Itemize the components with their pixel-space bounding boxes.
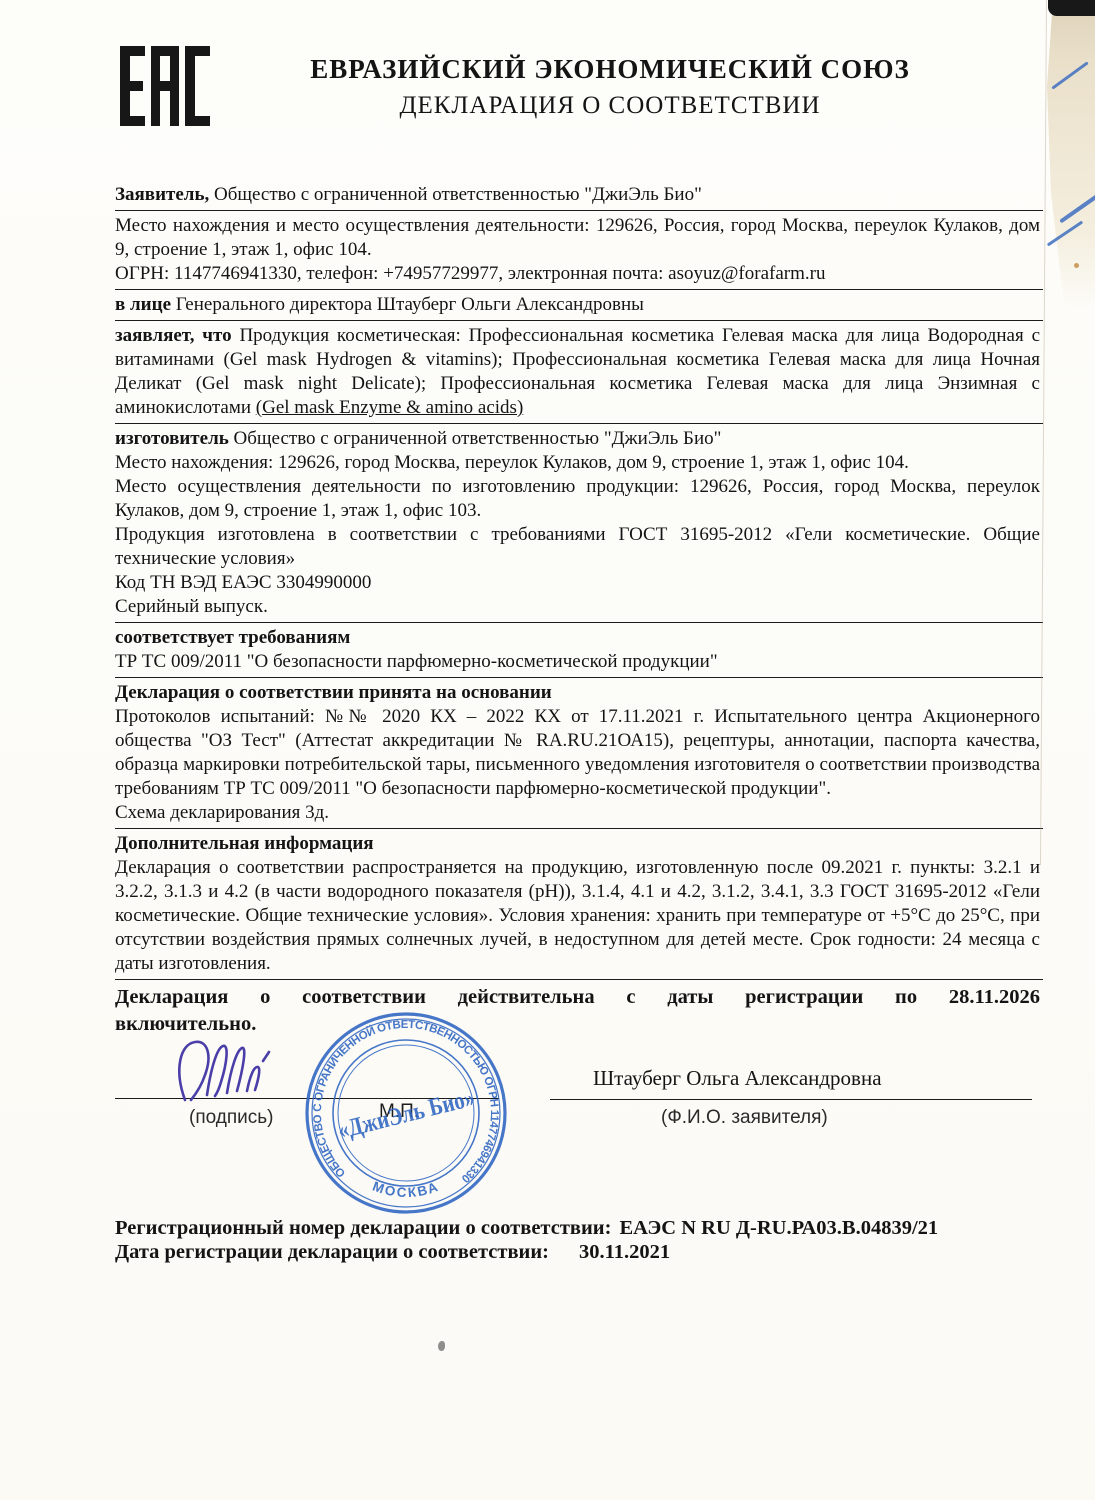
registration-number-label: Регистрационный номер декларации о соотв… xyxy=(115,1217,611,1239)
registration-number: ЕАЭС N RU Д-RU.РА03.В.04839/21 xyxy=(619,1217,938,1239)
divider xyxy=(115,979,1043,980)
eac-logo xyxy=(120,46,210,131)
union-title: ЕВРАЗИЙСКИЙ ЭКОНОМИЧЕСКИЙ СОЮЗ xyxy=(270,52,950,86)
signature-block: М.П. ОБЩЕСТВО С ОГРАНИЧЕННОЙ ОТВЕТСТВЕНН… xyxy=(115,1040,1040,1216)
compliance-heading: соответствует требованиям xyxy=(115,626,1040,650)
manufacturer-line: изготовитель Общество с ограниченной отв… xyxy=(115,427,1040,451)
declares-paragraph: заявляет, что Продукция косметическая: П… xyxy=(115,324,1040,420)
divider xyxy=(115,828,1043,829)
divider xyxy=(115,320,1043,321)
document-page: ЕВРАЗИЙСКИЙ ЭКОНОМИЧЕСКИЙ СОЮЗ ДЕКЛАРАЦИ… xyxy=(0,0,1095,1500)
divider xyxy=(115,423,1043,424)
scan-speck xyxy=(438,1341,445,1351)
document-header: ЕВРАЗИЙСКИЙ ЭКОНОМИЧЕСКИЙ СОЮЗ ДЕКЛАРАЦИ… xyxy=(270,52,950,122)
manufacturer-serial: Серийный выпуск. xyxy=(115,595,1040,619)
applicant-line: Заявитель, Общество с ограниченной ответ… xyxy=(115,183,1040,207)
manufacturer-label: изготовитель xyxy=(115,428,229,449)
divider xyxy=(115,289,1043,290)
divider xyxy=(115,677,1043,678)
registration-date-label: Дата регистрации декларации о соответств… xyxy=(115,1241,549,1263)
validity-statement: Декларация о соответствии действительна … xyxy=(115,984,1040,1038)
scan-edge-artifact xyxy=(1046,0,1095,310)
declarant-name: Штауберг Ольга Александровна xyxy=(593,1066,882,1090)
manufacturer-activity: Место осуществления деятельности по изго… xyxy=(115,475,1040,523)
declares-label: заявляет, что xyxy=(115,325,232,346)
manufacturer-tnved: Код ТН ВЭД ЕАЭС 3304990000 xyxy=(115,571,1040,595)
declares-products: Продукция косметическая: Профессиональна… xyxy=(115,325,1040,418)
registration-date: 30.11.2021 xyxy=(579,1241,670,1263)
scan-dot xyxy=(1074,263,1079,268)
stamp-center-text: «ДжиЭль Био» xyxy=(335,1084,477,1144)
person-name: Генерального директора Штауберг Ольги Ал… xyxy=(176,294,644,315)
handwritten-signature xyxy=(171,1034,291,1114)
applicant-name: Общество с ограниченной ответственностью… xyxy=(214,184,702,205)
applicant-contacts: ОГРН: 1147746941330, телефон: +749577299… xyxy=(115,262,1040,286)
additional-heading: Дополнительная информация xyxy=(115,832,1040,856)
compliance-regulation: ТР ТС 009/2011 "О безопасности парфюмерн… xyxy=(115,650,1040,674)
basis-text: Протоколов испытаний: №№ 2020 КХ – 2022 … xyxy=(115,705,1040,801)
registration-number-line: Регистрационный номер декларации о соотв… xyxy=(115,1216,1040,1240)
basis-heading: Декларация о соответствии принята на осн… xyxy=(115,681,1040,705)
scan-corner-shadow xyxy=(1048,0,1095,16)
eac-logo-icon xyxy=(120,46,210,126)
signature-caption: (подпись) xyxy=(189,1106,273,1130)
applicant-label: Заявитель, xyxy=(115,184,209,205)
declarant-caption: (Ф.И.О. заявителя) xyxy=(661,1106,828,1130)
fio-line xyxy=(550,1099,1032,1100)
applicant-address: Место нахождения и место осуществления д… xyxy=(115,214,1040,262)
additional-text: Декларация о соответствии распространяет… xyxy=(115,856,1040,976)
document-body: Заявитель, Общество с ограниченной ответ… xyxy=(115,183,1040,1264)
divider xyxy=(115,622,1043,623)
manufacturer-name: Общество с ограниченной ответственностью… xyxy=(234,428,722,449)
manufacturer-location: Место нахождения: 129626, город Москва, … xyxy=(115,451,1040,475)
person-label: в лице xyxy=(115,294,171,315)
divider xyxy=(115,210,1043,211)
validity-line1: Декларация о соответствии действительна … xyxy=(115,984,1040,1011)
company-stamp: ОБЩЕСТВО С ОГРАНИЧЕННОЙ ОТВЕТСТВЕННОСТЬЮ… xyxy=(301,1008,511,1218)
applicant-person-line: в лице Генерального директора Штауберг О… xyxy=(115,293,1040,317)
document-title: ДЕКЛАРАЦИЯ О СООТВЕТСТВИИ xyxy=(270,90,950,122)
basis-scheme: Схема декларирования 3д. xyxy=(115,801,1040,825)
manufacturer-gost: Продукция изготовлена в соответствии с т… xyxy=(115,523,1040,571)
declares-products-en: (Gel mask Enzyme & amino acids) xyxy=(256,397,524,418)
scan-crease-line xyxy=(1040,0,1047,865)
registration-date-line: Дата регистрации декларации о соответств… xyxy=(115,1240,1040,1264)
